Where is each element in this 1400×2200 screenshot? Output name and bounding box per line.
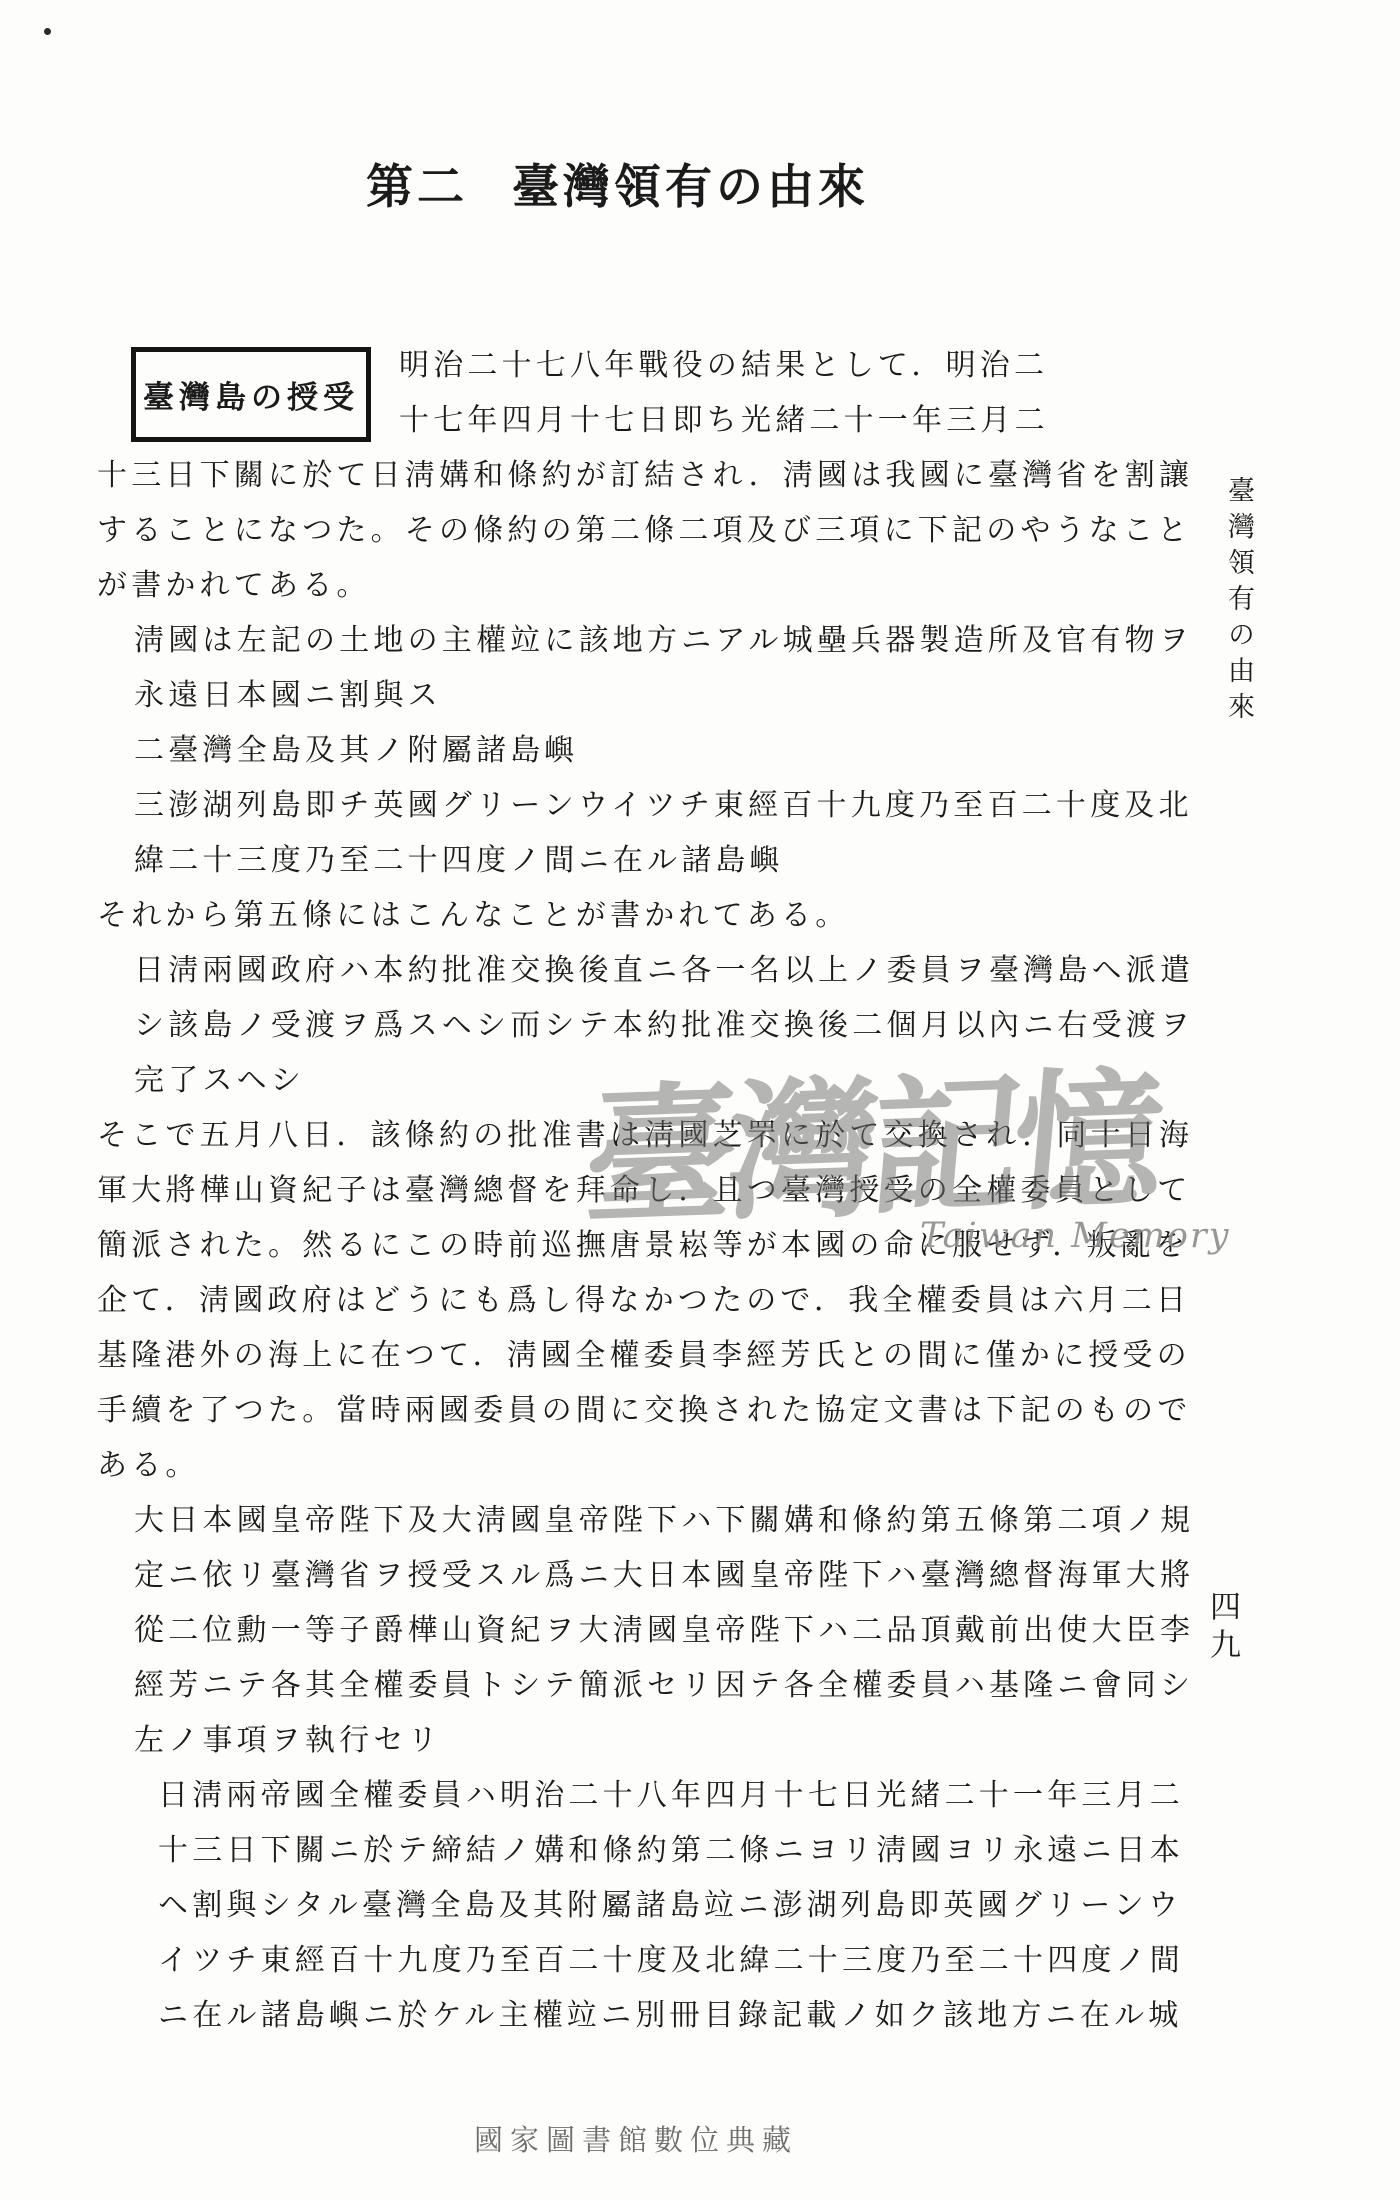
text-line: 從二位勳一等子爵樺山資紀ヲ大淸國皇帝陛下ハ二品頂戴前出使大臣李 xyxy=(97,1603,1227,1658)
text-line: それから第五條にはこんなことが書かれてある。 xyxy=(97,888,1227,943)
text-line: 十三日下關に於て日淸媾和條約が訂結され．淸國は我國に臺灣省を割讓 xyxy=(97,448,1227,503)
text-line: 二臺灣全島及其ノ附屬諸島嶼 xyxy=(97,723,1227,778)
text-line: 軍大將樺山資紀子は臺灣總督を拜命し．且つ臺灣授受の全權委員として xyxy=(97,1163,1227,1218)
section-label-box: 臺灣島の授受 xyxy=(131,347,371,442)
text-line: 大日本國皇帝陛下及大淸國皇帝陛下ハ下關媾和條約第五條第二項ノ規 xyxy=(97,1493,1227,1548)
section-label: 臺灣島の授受 xyxy=(143,372,359,417)
text-line: が書かれてある。 xyxy=(97,558,1227,613)
text-line: 左ノ事項ヲ執行セリ xyxy=(97,1713,1227,1768)
text-line: イツチ東經百十九度乃至百二十度及北緯二十三度乃至二十四度ノ間 xyxy=(97,1933,1227,1988)
text-line: 淸國は左記の土地の主權竝に該地方ニアル城壘兵器製造所及官有物ヲ xyxy=(97,613,1227,668)
margin-running-head: 臺灣領有の由來 xyxy=(1219,476,1258,728)
text-line: 日淸兩帝國全權委員ハ明治二十八年四月十七日光緒二十一年三月二 xyxy=(97,1768,1227,1823)
text-line: 手續を了つた。當時兩國委員の間に交換された協定文書は下記のもので xyxy=(97,1383,1227,1438)
body-text-column: 臺灣島の授受 明治二十七八年戰役の結果として．明治二 十七年四月十七日即ち光緒二… xyxy=(97,338,1227,2043)
text-line: シ該島ノ受渡ヲ爲スヘシ而シテ本約批准交換後二個月以內ニ右受渡ヲ xyxy=(97,998,1227,1053)
text-line: 三澎湖列島即チ英國グリーンウイツチ東經百十九度乃至百二十度及北 xyxy=(97,778,1227,833)
text-line: 永遠日本國ニ割與ス xyxy=(97,668,1227,723)
text-line: ヘ割與シタル臺灣全島及其附屬諸島竝ニ澎湖列島即英國グリーンウ xyxy=(97,1878,1227,1933)
text-line: 定ニ依リ臺灣省ヲ授受スル爲ニ大日本國皇帝陛下ハ臺灣總督海軍大將 xyxy=(97,1548,1227,1603)
text-line: 經芳ニテ各其全權委員トシテ簡派セリ因テ各全權委員ハ基隆ニ會同シ xyxy=(97,1658,1227,1713)
text-line: 企て．淸國政府はどうにも爲し得なかつたので．我全權委員は六月二日 xyxy=(97,1273,1227,1328)
text-line: 簡派された。然るにこの時前巡撫唐景崧等が本國の命に服せず．叛亂を xyxy=(97,1218,1227,1273)
text-line: することになつた。その條約の第二條二項及び三項に下記のやうなこと xyxy=(97,503,1227,558)
page-number: 四九 xyxy=(1200,1590,1245,1666)
text-line: ニ在ル諸島嶼ニ於ケル主權竝ニ別冊目錄記載ノ如ク該地方ニ在ル城 xyxy=(97,1988,1227,2043)
chapter-title: 臺灣領有の由來 xyxy=(512,160,869,215)
page-title: 第二臺灣領有の由來 xyxy=(366,150,869,217)
chapter-number: 第二 xyxy=(366,160,468,215)
text-line: 基隆港外の海上に在つて．淸國全權委員李經芳氏との間に僅かに授受の xyxy=(97,1328,1227,1383)
text-line: 完了スヘシ xyxy=(97,1053,1227,1108)
scan-speck xyxy=(44,28,51,35)
text-line: ある。 xyxy=(97,1438,1227,1493)
library-footer: 國家圖書館數位典藏 xyxy=(0,2118,1272,2159)
text-line: 日淸兩國政府ハ本約批准交換後直ニ各一名以上ノ委員ヲ臺灣島ヘ派遣 xyxy=(97,943,1227,998)
text-line: そこで五月八日．該條約の批准書は淸國芝罘に於て交換され．同十日海 xyxy=(97,1108,1227,1163)
scanned-book-page: 第二臺灣領有の由來 臺灣島の授受 明治二十七八年戰役の結果として．明治二 十七年… xyxy=(0,0,1400,2200)
text-line: 十三日下關ニ於テ締結ノ媾和條約第二條ニヨリ淸國ヨリ永遠ニ日本 xyxy=(97,1823,1227,1878)
text-line: 緯二十三度乃至二十四度ノ間ニ在ル諸島嶼 xyxy=(97,833,1227,888)
